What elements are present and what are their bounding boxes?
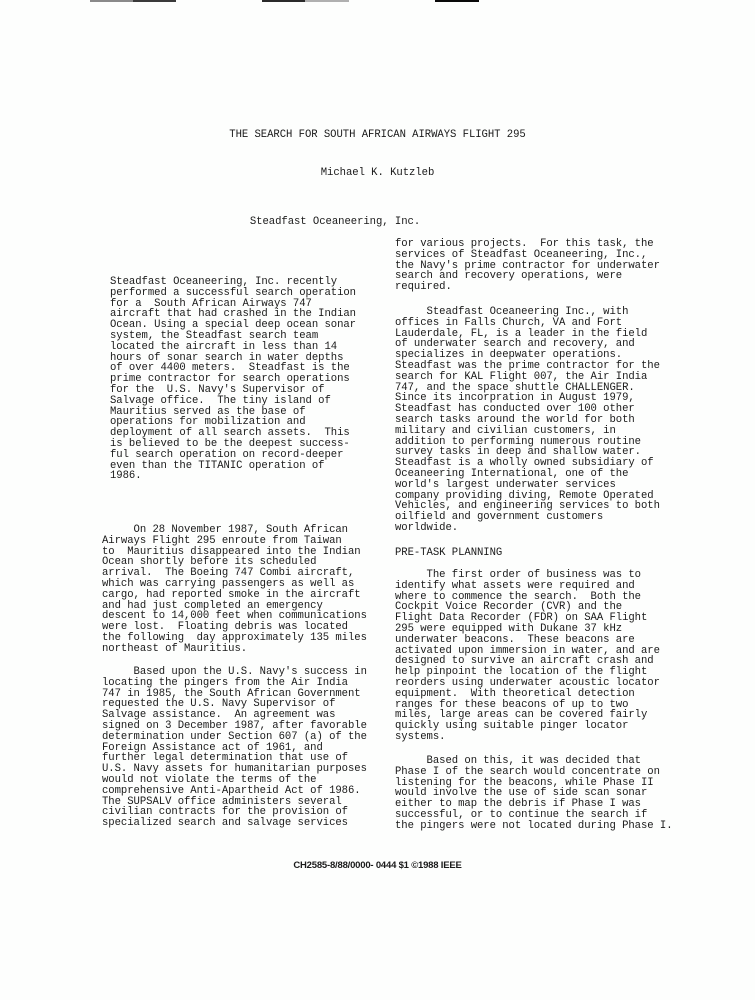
scan-edge-mark xyxy=(90,0,133,2)
paper-title: THE SEARCH FOR SOUTH AFRICAN AIRWAYS FLI… xyxy=(0,130,755,141)
section-heading: PRE-TASK PLANNING xyxy=(395,548,502,559)
author-affiliation: Steadfast Oceaneering, Inc. xyxy=(0,217,670,228)
body-paragraph: for various projects. For this task, the… xyxy=(395,239,660,293)
body-paragraph: The first order of business was to ident… xyxy=(395,570,660,743)
scan-edge-mark xyxy=(262,0,305,2)
scan-edge-mark xyxy=(305,0,349,2)
scan-edge-mark xyxy=(133,0,176,2)
scan-edge-mark xyxy=(435,0,479,2)
abstract-paragraph: Steadfast Oceaneering, Inc. recently per… xyxy=(110,277,356,482)
body-paragraph: Based on this, it was decided that Phase… xyxy=(395,756,673,832)
body-paragraph: On 28 November 1987, South African Airwa… xyxy=(102,525,367,655)
body-paragraph: Based upon the U.S. Navy's success in lo… xyxy=(102,667,367,829)
author-name: Michael K. Kutzleb xyxy=(0,168,755,179)
body-paragraph: Steadfast Oceaneering Inc., with offices… xyxy=(395,307,660,534)
copyright-footer: CH2585-8/88/0000- 0444 $1 ©1988 IEEE xyxy=(0,860,755,871)
